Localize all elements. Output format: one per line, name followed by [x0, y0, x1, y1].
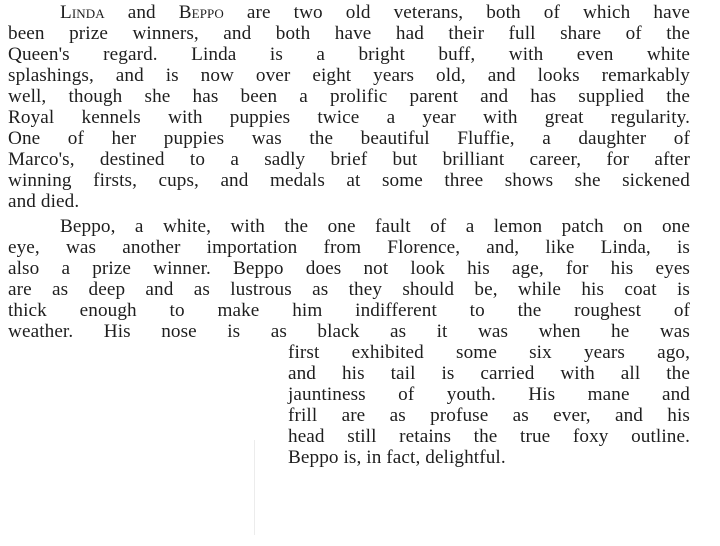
paragraph-1-line-7: One of her puppies was the beautiful Flu…	[8, 128, 690, 149]
paragraph-2-line-2: eye, was another importation from Floren…	[8, 237, 690, 258]
paragraph-2-line-3: also a prize winner. Beppo does not look…	[8, 258, 690, 279]
paragraph-1-line-9: winning firsts, cups, and medals at some…	[8, 170, 690, 191]
paragraph-2-line-10: frill are as profuse as ever, and his	[288, 405, 690, 426]
text-fragment: and	[105, 2, 179, 23]
paragraph-2-line-8: and his tail is carried with all the	[288, 363, 690, 384]
paragraph-1-line-3: Queen's regard. Linda is a bright buff, …	[8, 44, 690, 65]
name-beppo: Beppo	[179, 2, 224, 23]
paragraph-2-line-1: Beppo, a white, with the one fault of a …	[60, 216, 690, 237]
paragraph-1-line-10: and died.	[8, 191, 690, 212]
paragraph-1-line-6: Royal kennels with puppies twice a year …	[8, 107, 690, 128]
paragraph-1-line-1: Linda and Beppo are two old veterans, bo…	[60, 2, 690, 23]
text-fragment: are two old veterans, both of which have	[224, 2, 690, 23]
book-page: Linda and Beppo are two old veterans, bo…	[0, 0, 720, 546]
paragraph-1-line-4: splashings, and is now over eight years …	[8, 65, 690, 86]
paragraph-2-line-9: jauntiness of youth. His mane and	[288, 384, 690, 405]
paragraph-2-line-11: head still retains the true foxy outline…	[288, 426, 690, 447]
paragraph-2-line-7: first exhibited some six years ago,	[288, 342, 690, 363]
paragraph-1-line-8: Marco's, destined to a sadly brief but b…	[8, 149, 690, 170]
illustration-edge	[254, 440, 255, 535]
paragraph-2-line-6: weather. His nose is as black as it was …	[8, 321, 690, 342]
name-linda: Linda	[60, 2, 105, 23]
paragraph-2-line-4: are as deep and as lustrous as they shou…	[8, 279, 690, 300]
paragraph-1-line-5: well, though she has been a prolific par…	[8, 86, 690, 107]
paragraph-1-line-2: been prize winners, and both have had th…	[8, 23, 690, 44]
paragraph-2-line-5: thick enough to make him indifferent to …	[8, 300, 690, 321]
blank-illustration-area	[0, 398, 268, 546]
paragraph-2-line-12: Beppo is, in fact, delightful.	[288, 447, 690, 468]
